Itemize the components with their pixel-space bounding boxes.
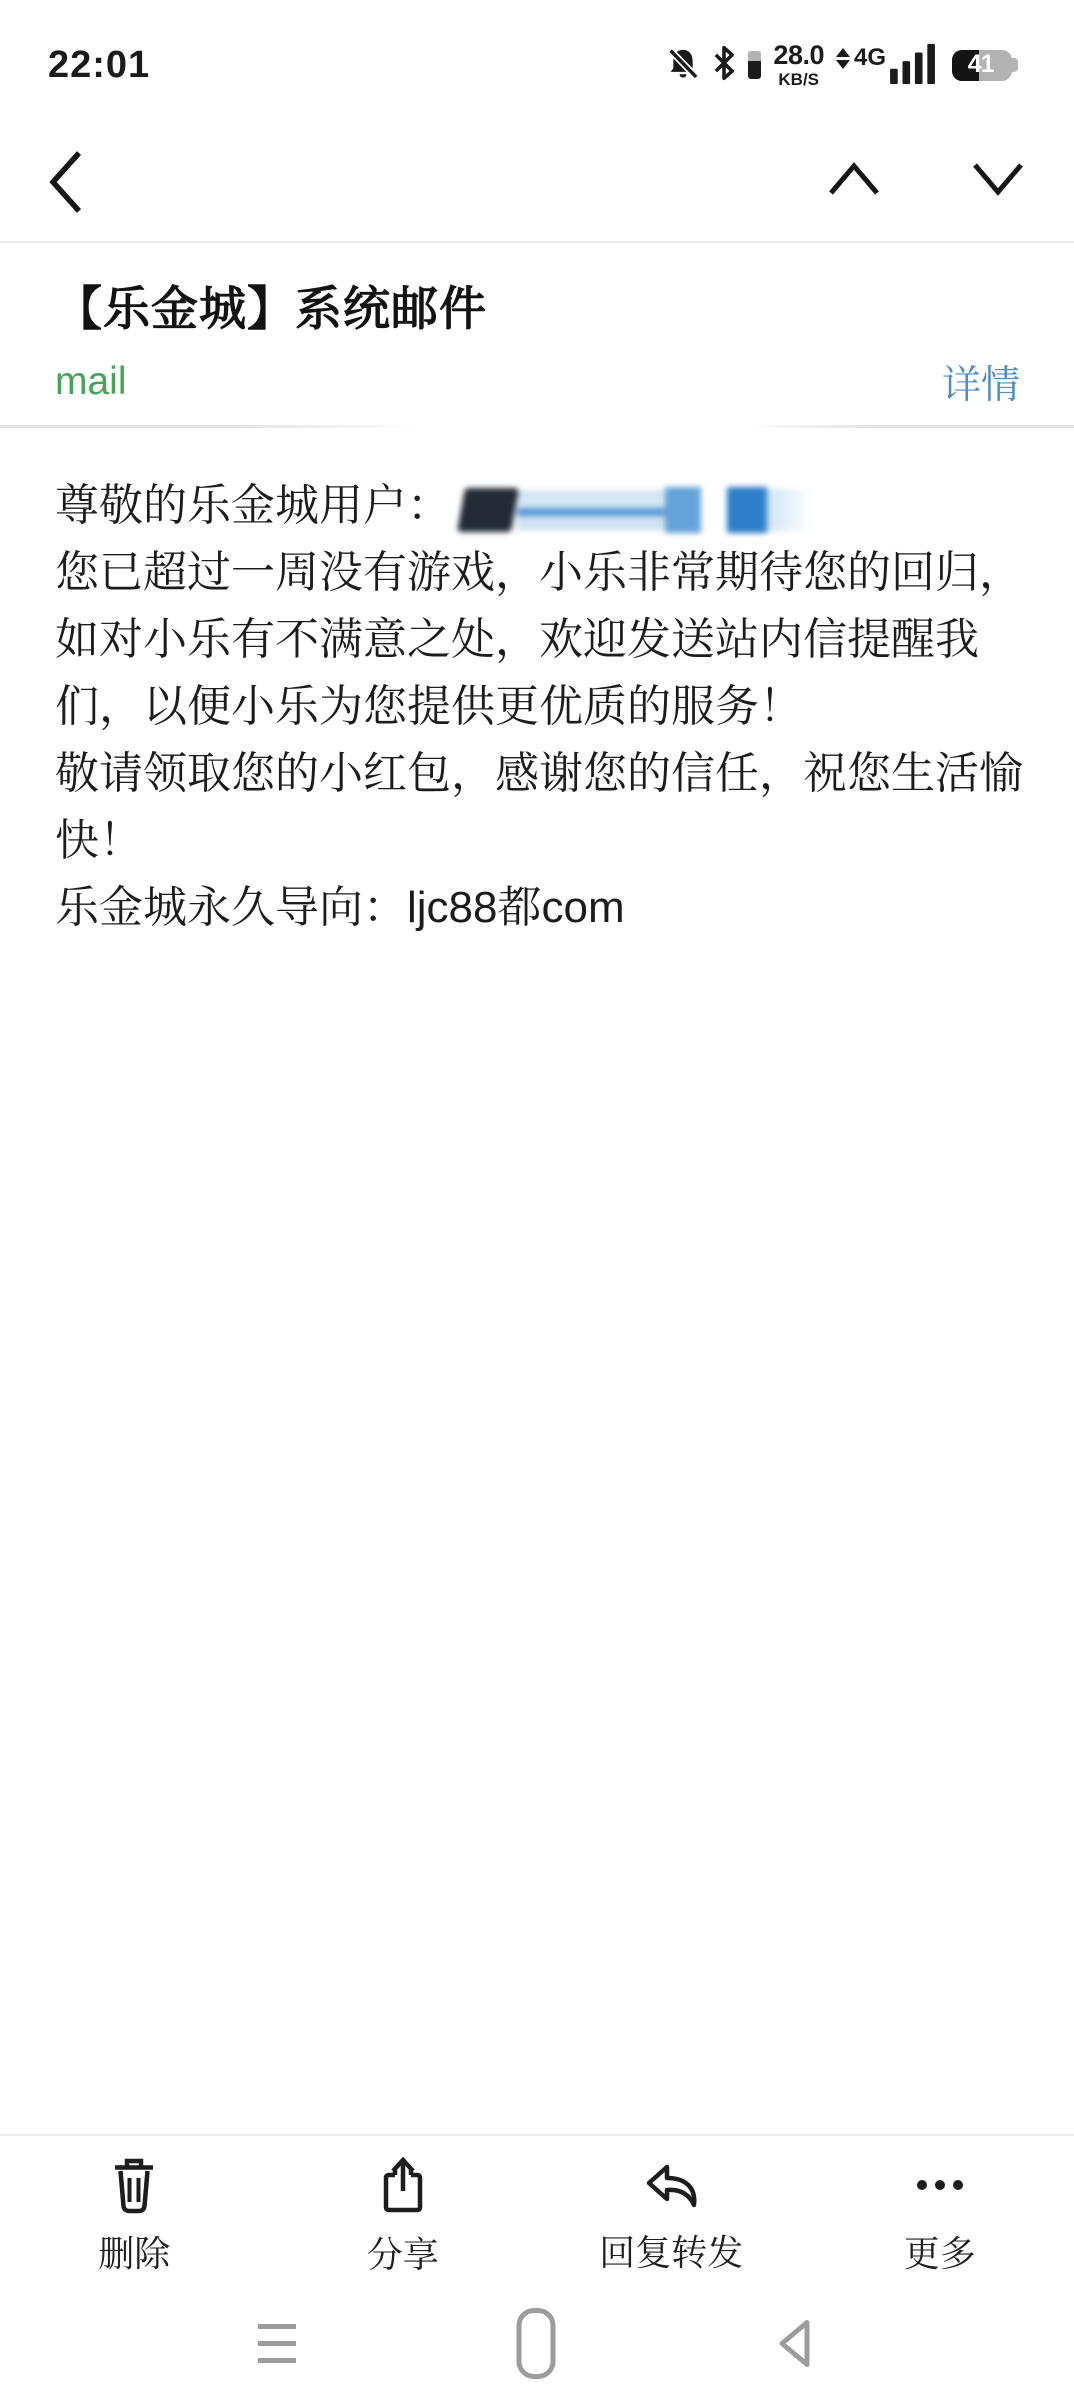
battery-percent: 41 — [968, 50, 994, 79]
body-line: 快！ — [55, 807, 1030, 874]
more-label: 更多 — [904, 2236, 976, 2272]
details-link[interactable]: 详情 — [942, 354, 1020, 410]
network-speed: 28.0 KB/S — [773, 42, 824, 88]
network-type-label: 4G — [854, 46, 886, 70]
network-speed-value: 28.0 — [773, 42, 824, 69]
sender-row: mail 详情 — [55, 358, 1020, 406]
mail-nav-bar — [0, 104, 1074, 242]
clock: 22:01 — [48, 44, 150, 87]
status-icons: 28.0 KB/S 4G 41 — [666, 42, 1012, 89]
next-mail-button[interactable] — [972, 162, 1024, 201]
body-line: 们，以便小乐为您提供更优质的服务！ — [55, 673, 1030, 740]
share-label: 分享 — [367, 2237, 439, 2273]
mail-body: 尊敬的乐金城用户： 您已超过一周没有游戏，小乐非常期待您的回归， 如对小乐有不满… — [55, 472, 1030, 941]
sender-name: mail — [55, 360, 127, 404]
body-line: 乐金城永久导向：ljc88都com — [55, 874, 1030, 941]
recents-button[interactable] — [256, 2321, 298, 2372]
trash-icon — [108, 2157, 160, 2220]
previous-mail-button[interactable] — [828, 162, 880, 201]
back-button[interactable] — [48, 150, 84, 219]
body-line: 您已超过一周没有游戏，小乐非常期待您的回归， — [55, 539, 1030, 606]
redacted-username — [461, 486, 811, 534]
mail-reader-screen: 22:01 28.0 KB/S — [0, 0, 1074, 2400]
battery-icon: 41 — [952, 50, 1012, 81]
signal-strength-icon — [890, 42, 936, 89]
battery-nub — [1012, 58, 1018, 72]
delete-label: 删除 — [98, 2236, 170, 2272]
mail-subject: 【乐金城】系统邮件 — [55, 272, 487, 339]
status-bar: 22:01 28.0 KB/S — [0, 0, 1074, 104]
delete-button[interactable]: 删除 — [0, 2136, 269, 2292]
reply-forward-label: 回复转发 — [599, 2235, 743, 2271]
bluetooth-icon — [712, 45, 736, 86]
content-top-shadow-right — [742, 425, 1074, 428]
mail-action-toolbar: 删除 分享 回复转发 — [0, 2136, 1074, 2292]
header-divider — [0, 241, 1074, 243]
body-line: 如对小乐有不满意之处，欢迎发送站内信提醒我 — [55, 606, 1030, 673]
android-back-button[interactable] — [772, 2317, 816, 2376]
reply-forward-button[interactable]: 回复转发 — [537, 2136, 806, 2292]
content-top-shadow-left — [0, 425, 425, 428]
bluetooth-device-battery-icon — [748, 51, 761, 79]
greeting-text: 尊敬的乐金城用户： — [55, 481, 451, 530]
data-activity-icon — [836, 48, 850, 69]
body-line: 敬请领取您的小红包，感谢您的信任，祝您生活愉 — [55, 740, 1030, 807]
notifications-muted-icon — [666, 46, 700, 85]
share-button[interactable]: 分享 — [269, 2136, 538, 2292]
more-icon — [912, 2157, 968, 2220]
more-button[interactable]: 更多 — [806, 2136, 1074, 2292]
share-icon — [377, 2156, 429, 2221]
home-button[interactable] — [515, 2308, 557, 2385]
mobile-network: 4G — [836, 42, 936, 89]
body-line: 尊敬的乐金城用户： — [55, 472, 1030, 539]
android-nav-bar — [0, 2292, 1074, 2400]
reply-forward-icon — [641, 2158, 701, 2219]
network-speed-unit: KB/S — [778, 71, 819, 88]
